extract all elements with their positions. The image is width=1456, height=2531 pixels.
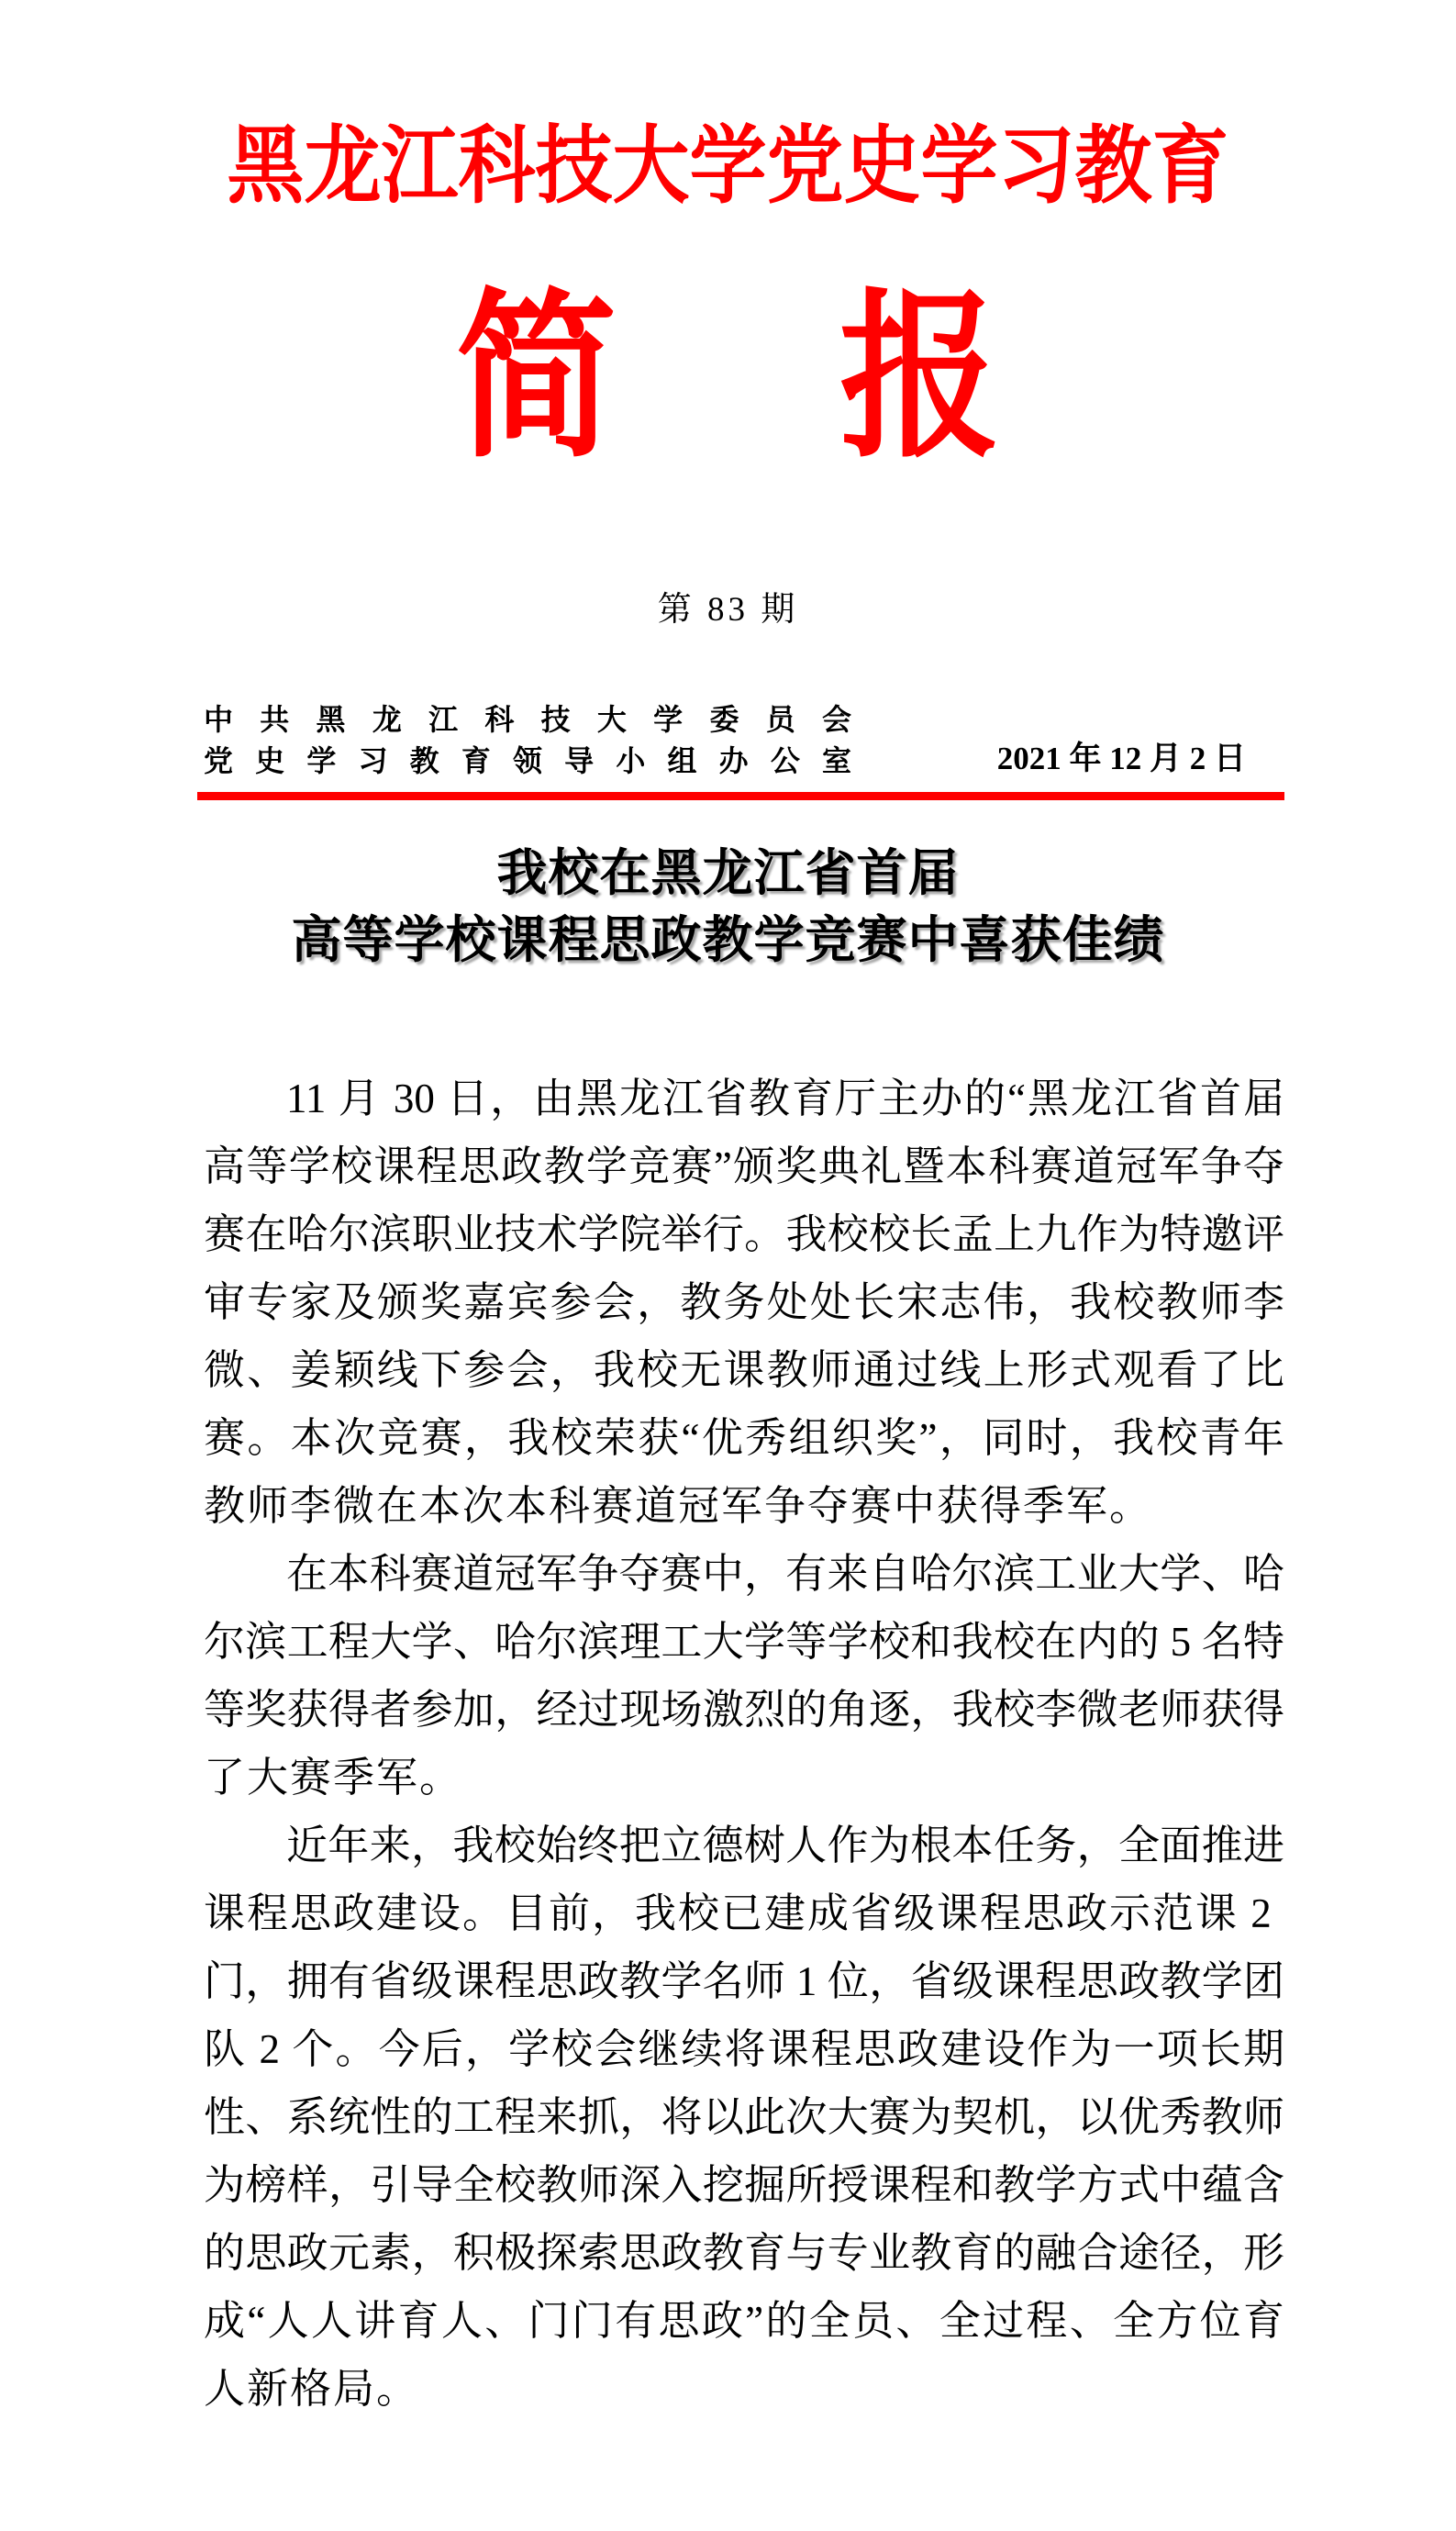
body-text-line: 教师李微在本次本科赛道冠军争夺赛中获得季军。 <box>204 1472 1284 1540</box>
body-text-line: 近年来，我校始终把立德树人作为根本任务，全面推进 <box>204 1812 1284 1879</box>
masthead-char-jian: 简 <box>456 286 617 472</box>
body-text-line: 审专家及颁奖嘉宾参会，教务处处长宋志伟，我校教师李 <box>204 1268 1284 1336</box>
bulletin-page: 黑龙江科技大学党史学习教育 简 报 第 83 期 中共黑龙江科技大学委员会 党史… <box>0 0 1456 2531</box>
body-text-line: 人新格局。 <box>204 2355 1284 2423</box>
body-text-line: 赛。本次竞赛，我校荣获“优秀组织奖”，同时，我校青年 <box>204 1404 1284 1472</box>
issue-number: 第 83 期 <box>0 591 1456 630</box>
article-title-line-2: 高等学校课程思政教学竞赛中喜获佳绩 <box>0 907 1456 974</box>
body-text-line: 等奖获得者参加，经过现场激烈的角逐，我校李微老师获得 <box>204 1676 1284 1744</box>
body-text-line: 在本科赛道冠军争夺赛中，有来自哈尔滨工业大学、哈 <box>204 1540 1284 1608</box>
masthead-title: 黑龙江科技大学党史学习教育 <box>0 117 1456 218</box>
issuing-organ-block: 中共黑龙江科技大学委员会 党史学习教育领导小组办公室 <box>204 699 851 782</box>
body-text-line: 性、系统性的工程来抓，将以此次大赛为契机，以优秀教师 <box>204 2083 1284 2151</box>
article-title: 我校在黑龙江省首届 高等学校课程思政教学竞赛中喜获佳绩 <box>0 840 1456 974</box>
body-text-line: 的思政元素，积极探索思政教育与专业教育的融合途径，形 <box>204 2219 1284 2287</box>
body-text-line: 门，拥有省级课程思政教学名师 1 位，省级课程思政教学团 <box>204 1947 1284 2015</box>
body-text-line: 为榜样，引导全校教师深入挖掘所授课程和教学方式中蕴含 <box>204 2151 1284 2219</box>
body-text-line: 11 月 30 日，由黑龙江省教育厅主办的“黑龙江省首届 <box>204 1065 1284 1132</box>
article-title-line-1: 我校在黑龙江省首届 <box>0 840 1456 907</box>
body-text-line: 微、姜颖线下参会，我校无课教师通过线上形式观看了比 <box>204 1336 1284 1404</box>
body-text-line: 了大赛季军。 <box>204 1744 1284 1812</box>
body-text-line: 队 2 个。今后，学校会继续将课程思政建设作为一项长期 <box>204 2015 1284 2083</box>
red-divider-rule <box>197 792 1284 800</box>
body-text-line: 尔滨工程大学、哈尔滨理工大学等学校和我校在内的 5 名特 <box>204 1608 1284 1676</box>
masthead-bulletin-word: 简 报 <box>0 286 1456 472</box>
article-body: 11 月 30 日，由黑龙江省教育厅主办的“黑龙江省首届高等学校课程思政教学竞赛… <box>204 1065 1284 2423</box>
masthead-char-bao: 报 <box>839 286 1000 472</box>
body-text-line: 赛在哈尔滨职业技术学院举行。我校校长孟上九作为特邀评 <box>204 1200 1284 1268</box>
org-line-committee: 中共黑龙江科技大学委员会 <box>204 699 851 741</box>
body-text-line: 高等学校课程思政教学竞赛”颁奖典礼暨本科赛道冠军争夺 <box>204 1132 1284 1200</box>
issue-date: 2021 年 12 月 2 日 <box>997 740 1246 778</box>
body-text-line: 成“人人讲育人、门门有思政”的全员、全过程、全方位育 <box>204 2287 1284 2355</box>
body-text-line: 课程思政建设。目前，我校已建成省级课程思政示范课 2 <box>204 1879 1284 1947</box>
org-line-office: 党史学习教育领导小组办公室 <box>204 741 851 782</box>
